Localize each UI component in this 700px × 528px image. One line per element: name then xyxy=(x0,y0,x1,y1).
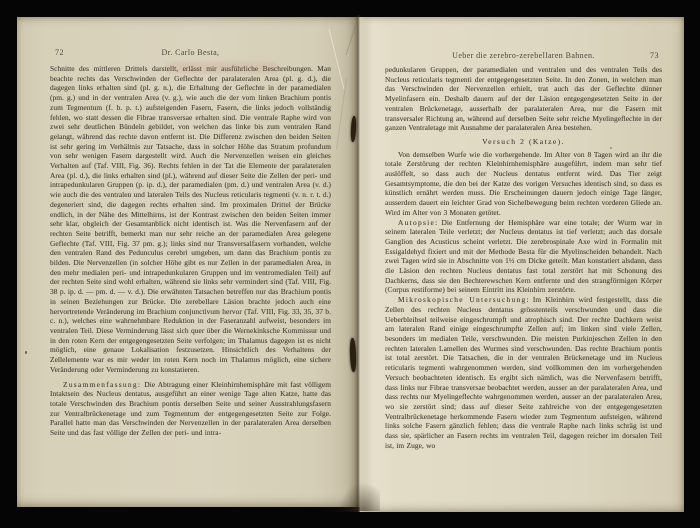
right-page-header: Ueber die zerebro-zerebellaren Bahnen. 7… xyxy=(385,51,662,60)
left-page-header: 72 Dr. Carlo Besta, xyxy=(50,48,331,57)
body-paragraph: Schnitte des mittleren Drittels darstell… xyxy=(50,64,331,375)
body-paragraph: Zusammenfassung:Die Abtragung einer Klei… xyxy=(50,380,331,438)
paragraph-lead: Zusammenfassung: xyxy=(63,380,141,389)
body-paragraph: pedunkularen Gruppen, der paramedialen u… xyxy=(385,65,662,133)
paragraph-text: Schnitte des mittleren Drittels darstell… xyxy=(50,64,331,374)
paper-speck xyxy=(25,351,27,354)
page-number-right: 73 xyxy=(650,51,659,60)
section-heading-versuch-2: Versuch 2 (Katze). xyxy=(385,137,662,147)
left-page: 72 Dr. Carlo Besta, Schnitte des mittler… xyxy=(17,17,360,507)
page-number-left: 72 xyxy=(55,48,64,57)
paragraph-text: pedunkularen Gruppen, der paramedialen u… xyxy=(385,65,662,132)
body-paragraph: Mikroskopische Untersuchung:Im Kleinhirn… xyxy=(385,295,662,450)
paragraph-text: Die Entfernung der Hemisphäre war eine t… xyxy=(385,218,662,295)
body-paragraph: Von demselben Wurfe wie die vorhergehend… xyxy=(385,150,662,218)
left-page-body: Schnitte des mittleren Drittels darstell… xyxy=(50,64,331,438)
ink-showthrough-smudge xyxy=(167,62,277,73)
paragraph-text: Von demselben Wurfe wie die vorhergehend… xyxy=(385,150,662,217)
paragraph-lead: Autopsie: xyxy=(398,218,438,227)
paragraph-lead: Mikroskopische Untersuchung: xyxy=(398,295,530,304)
body-paragraph: Autopsie:Die Entfernung der Hemisphäre w… xyxy=(385,218,662,296)
paragraph-text: Im Kleinhirn wird festgestellt, dass die… xyxy=(385,295,662,450)
right-page-body: pedunkularen Gruppen, der paramedialen u… xyxy=(385,65,662,450)
right-page: Ueber die zerebro-zerebellaren Bahnen. 7… xyxy=(360,17,684,512)
paper-speck xyxy=(610,147,612,149)
scanned-book-photo: 72 Dr. Carlo Besta, Schnitte des mittler… xyxy=(0,0,700,528)
running-header-left: Dr. Carlo Besta, xyxy=(162,48,220,57)
running-header-right: Ueber die zerebro-zerebellaren Bahnen. xyxy=(452,51,595,60)
